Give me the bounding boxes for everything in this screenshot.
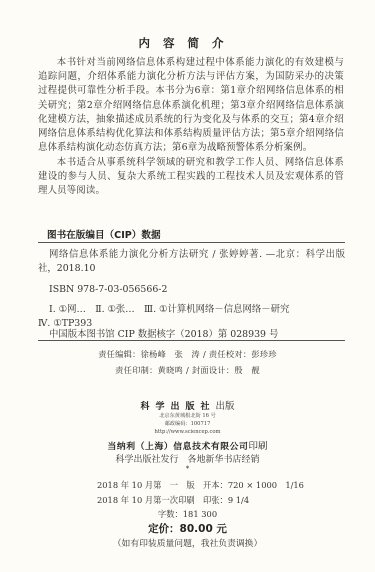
cip-bottom-divider <box>38 340 345 341</box>
summary-paragraph-1: 本书针对当前网络信息体系构建过程中体系能力演化的有效建模与追踪问题，介绍体系能力… <box>38 56 344 155</box>
copyright-page: 内容简介 本书针对当前网络信息体系构建过程中体系能力演化的有效建模与追踪问题，介… <box>0 0 375 572</box>
printing-info: 2018 年 10 月第一次印刷 印张：9 1/4 <box>97 495 249 506</box>
quality-note: （如有印装质量问题，我社负责调换） <box>0 536 375 549</box>
production-credits: 责任印制：黄晓鸣 / 封面设计：殷 靓 <box>0 364 375 376</box>
cip-top-divider <box>38 242 345 243</box>
edition-info: 2018 年 10 月第 一 版 开本：720 × 1000 1/16 <box>97 480 304 491</box>
cip-description: 网络信息体系能力演化分析方法研究 / 张婷婷著. —北京：科学出版社，2018.… <box>38 248 345 276</box>
word-count: 字数：181 300 <box>0 508 375 520</box>
publisher-name: 科学出版社 <box>140 402 215 412</box>
separator-star-icon: * <box>0 465 375 473</box>
publisher-postcode: 邮政编码：100717 <box>0 421 375 428</box>
cip-isbn: ISBN 978-7-03-056566-2 <box>49 283 167 297</box>
printer-name: 当纳利（上海）信息技术有限公司 <box>108 442 249 452</box>
summary-title: 内容简介 <box>0 35 375 51</box>
distribution-line: 科学出版社发行 各地新华书店经销 <box>0 452 375 465</box>
publisher-suffix: 出版 <box>216 401 235 412</box>
editor-credits: 责任编辑：徐杨峰 张 涛 / 责任校对：彭珍珍 <box>0 348 375 360</box>
price: 定价：80.00 元 <box>0 521 375 536</box>
cip-heading: 图书在版编目（CIP）数据 <box>47 227 161 241</box>
cip-classification-1: Ⅰ. ①网… Ⅱ. ①张… Ⅲ. ①计算机网络－信息网络－研究 <box>49 303 289 317</box>
printer-line: 当纳利（上海）信息技术有限公司印刷 <box>0 438 375 452</box>
publisher-url: http://www.sciencep.com <box>0 429 375 436</box>
publisher-line: 科学出版社出版 <box>0 398 375 412</box>
printer-suffix: 印刷 <box>248 441 267 452</box>
publisher-address: 北京东黄城根北街 16 号 <box>0 413 375 420</box>
summary-paragraph-2: 本书适合从事系统科学领域的研究和教学工作人员、网络信息体系建设的参与人员、复杂大… <box>38 156 344 199</box>
